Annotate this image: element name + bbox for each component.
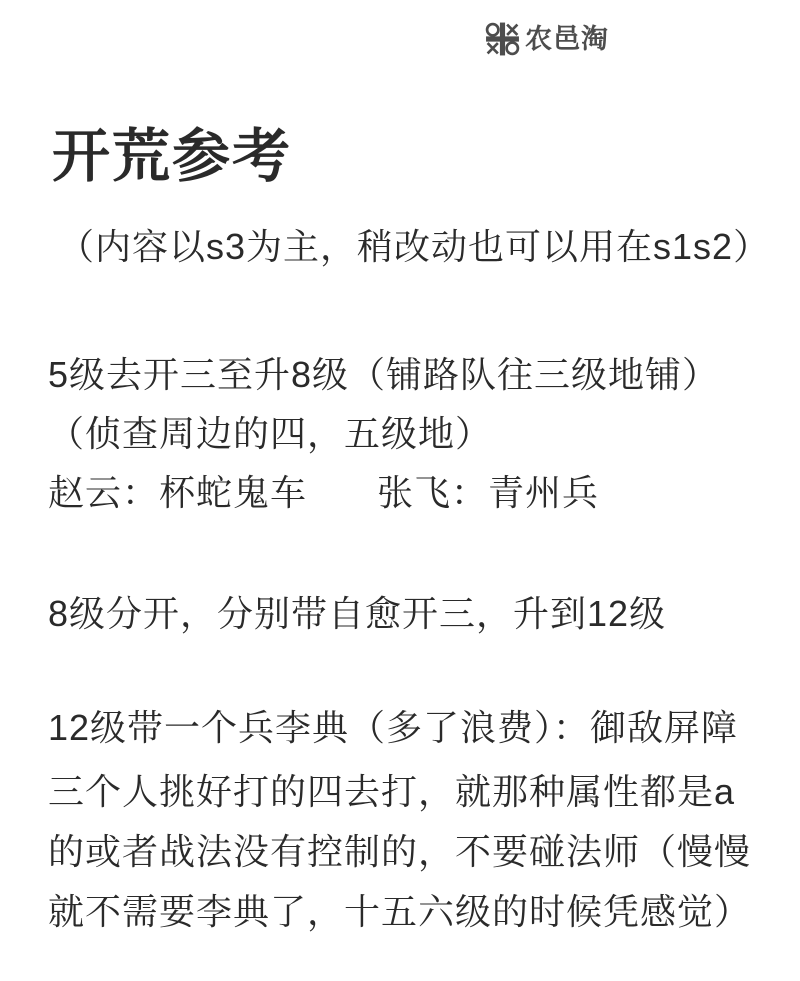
- section1-lineup: 赵云：杯蛇鬼车张飞：青州兵: [48, 472, 599, 513]
- section1-line1: 5级去开三至升8级（铺路队往三级地铺）: [48, 354, 719, 395]
- oxxo-grid-logo-icon: [484, 20, 521, 58]
- document-page: 农邑淘 开荒参考 （内容以s3为主，稍改动也可以用在s1s2） 5级去开三至升8…: [0, 0, 800, 981]
- lineup-zhaoyun: 赵云：杯蛇鬼车: [48, 472, 307, 513]
- section3-line3: 的或者战法没有控制的，不要碰法师（慢慢: [48, 831, 751, 872]
- brand-name: 农邑淘: [525, 20, 609, 58]
- page-title: 开荒参考: [52, 124, 292, 191]
- section2-line1: 8级分开，分别带自愈开三，升到12级: [48, 593, 666, 634]
- section1-line2: （侦查周边的四，五级地）: [48, 413, 492, 454]
- brand-watermark: 农邑淘: [484, 20, 609, 58]
- section3-line1: 12级带一个兵李典（多了浪费）：御敌屏障: [48, 707, 738, 748]
- subtitle-note: （内容以s3为主，稍改动也可以用在s1s2）: [58, 226, 770, 267]
- section3-line4: 就不需要李典了，十五六级的时候凭感觉）: [48, 891, 751, 932]
- lineup-zhangfei: 张飞：青州兵: [377, 472, 599, 513]
- section3-line2: 三个人挑好打的四去打，就那种属性都是a: [48, 771, 735, 812]
